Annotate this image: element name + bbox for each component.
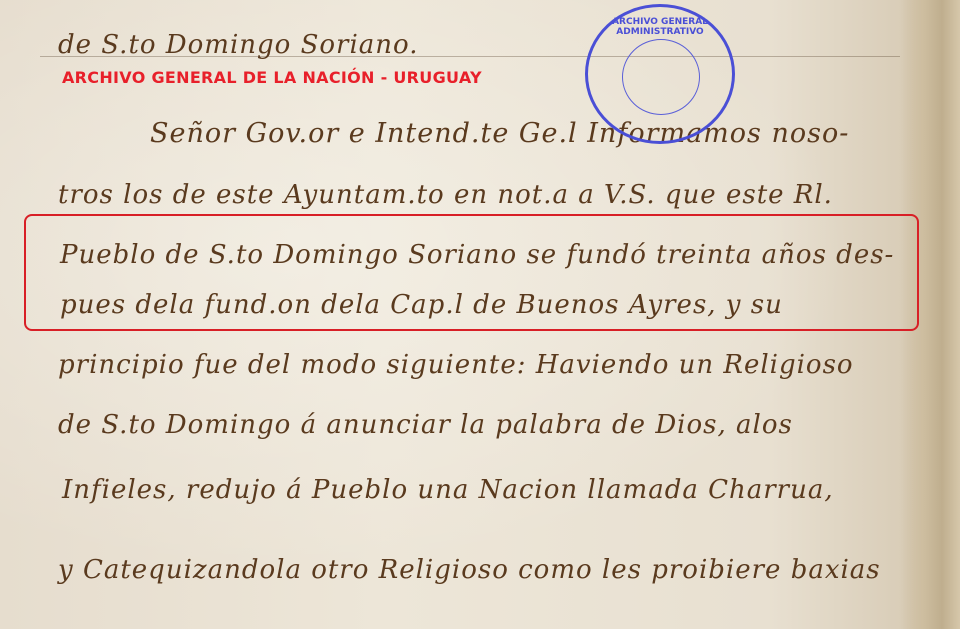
highlight-box: [24, 214, 919, 331]
manuscript-line-3: tros los de este Ayuntam.to en not.a a V…: [58, 180, 833, 210]
manuscript-line-7: de S.to Domingo á anunciar la palabra de…: [58, 410, 793, 440]
stamp-text: ARCHIVO GENERAL ADMINISTRATIVO: [588, 17, 732, 37]
manuscript-line-2: Señor Gov.or e Intend.te Ge.l Informamos…: [150, 118, 849, 149]
archive-watermark: ARCHIVO GENERAL DE LA NACIÓN - URUGUAY: [62, 68, 482, 87]
coat-of-arms-icon: [622, 39, 700, 115]
manuscript-line-9: y Catequizandola otro Religioso como les…: [58, 555, 881, 585]
manuscript-line-8: Infieles, redujo á Pueblo una Nacion lla…: [62, 475, 834, 505]
manuscript-line-1: de S.to Domingo Soriano.: [58, 30, 419, 60]
manuscript-line-6: principio fue del modo siguiente: Havien…: [58, 350, 854, 380]
archive-stamp: ARCHIVO GENERAL ADMINISTRATIVO: [585, 4, 735, 144]
